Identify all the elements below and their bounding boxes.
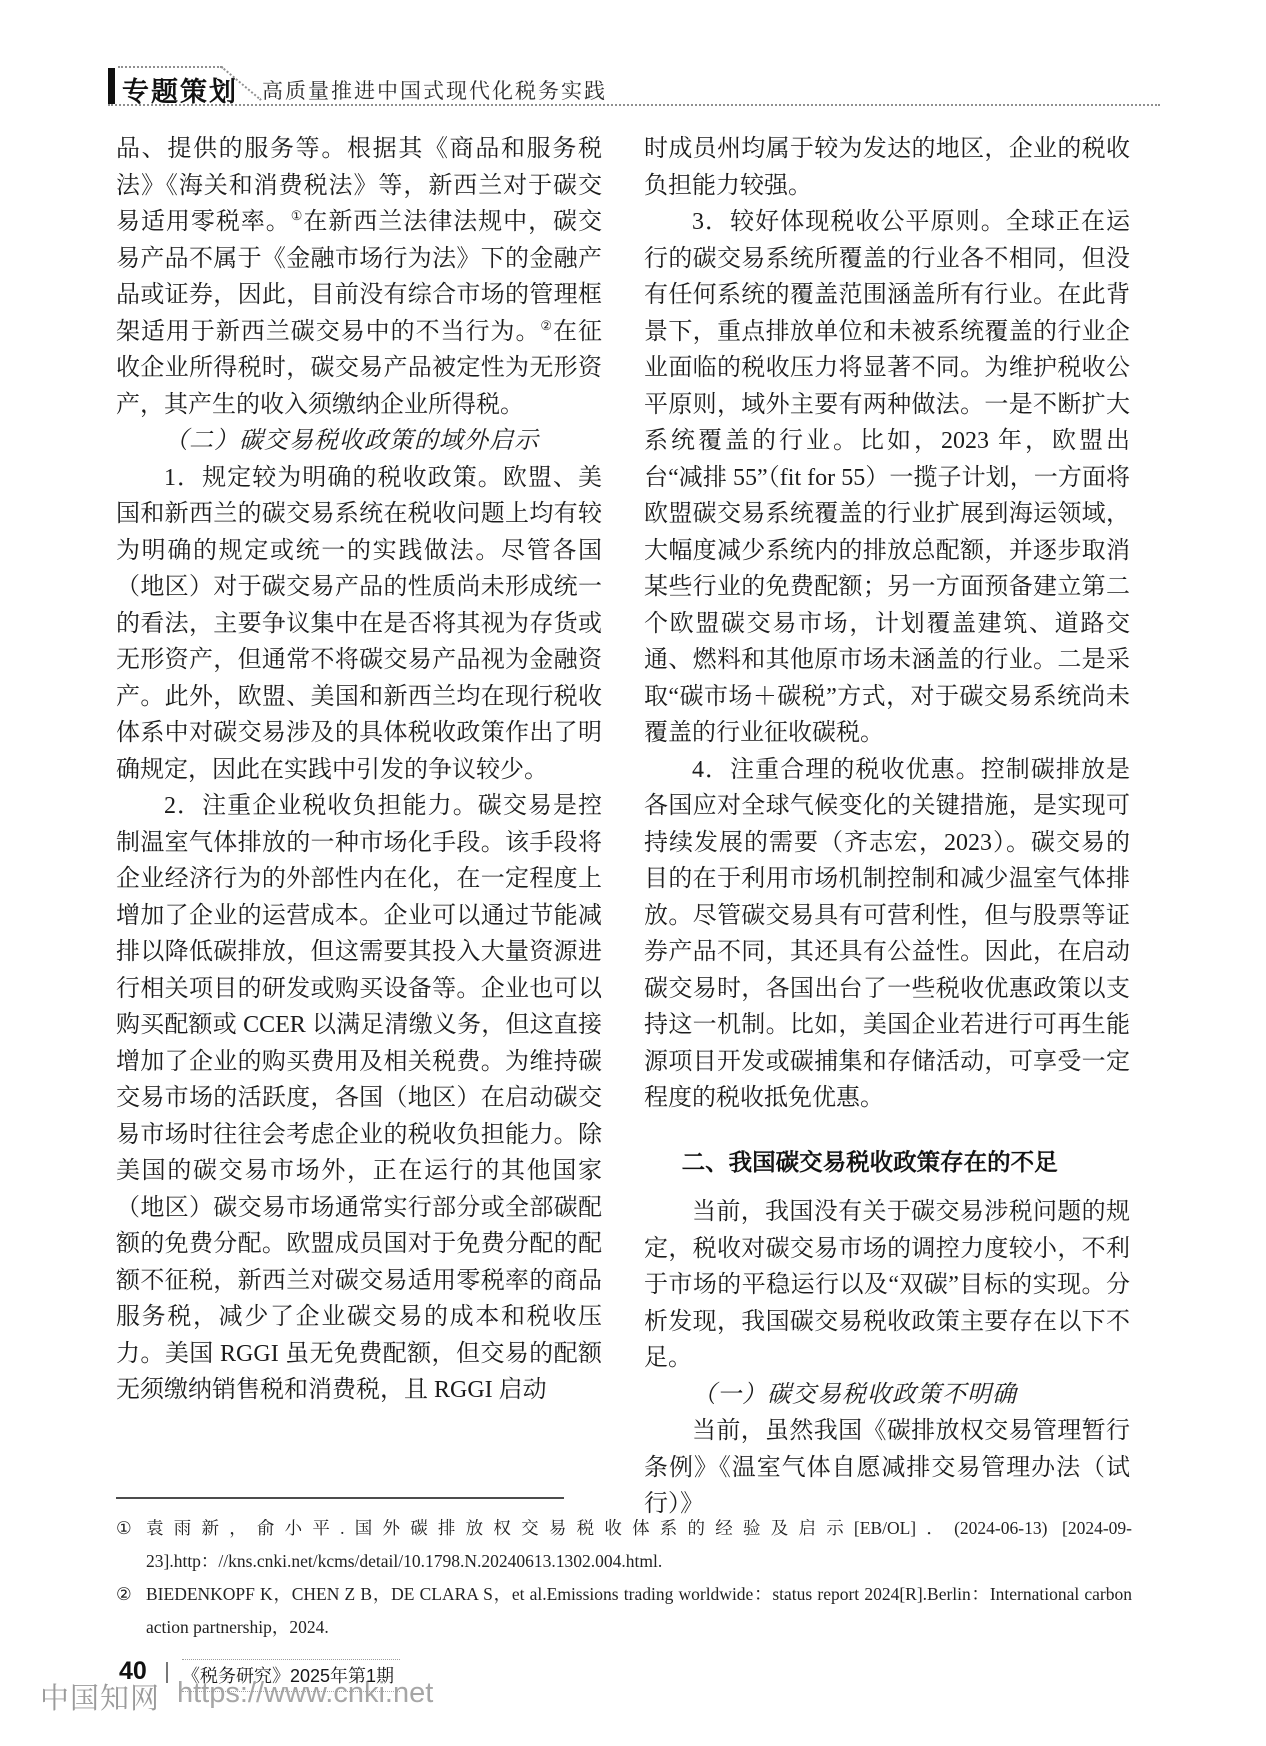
footer-separator <box>166 1662 168 1683</box>
right-column: 时成员州均属于较为发达的地区，企业的税收负担能力较强。 3．较好体现税收公平原则… <box>644 131 1130 1523</box>
footnote-divider <box>116 1497 564 1499</box>
paragraph: 2．注重企业税收负担能力。碳交易是控制温室气体排放的一种市场化手段。该手段将企业… <box>116 788 602 1409</box>
footnote-text: BIEDENKOPF K，CHEN Z B，DE CLARA S，et al.E… <box>146 1578 1132 1644</box>
page-number: 40 <box>119 1657 147 1686</box>
journal-issue-label: 《税务研究》2025年第1期 <box>182 1659 400 1692</box>
paragraph: 时成员州均属于较为发达的地区，企业的税收负担能力较强。 <box>644 131 1130 204</box>
footnote-2: ② BIEDENKOPF K，CHEN Z B，DE CLARA S，et al… <box>116 1578 1132 1644</box>
paragraph: 4．注重合理的税收优惠。控制碳排放是各国应对全球气候变化的关键措施，是实现可持续… <box>644 752 1130 1117</box>
footnotes: ① 袁雨新，俞小平.国外碳排放权交易税收体系的经验及启示[EB/OL]．(202… <box>116 1497 1132 1644</box>
footnote-ref-1: ① <box>291 208 304 223</box>
journal-page: { "header": { "tab": "专题策划", "subtitle":… <box>0 0 1266 1746</box>
footnote-1: ① 袁雨新，俞小平.国外碳排放权交易税收体系的经验及启示[EB/OL]．(202… <box>116 1512 1132 1578</box>
subsection-heading: （二）碳交易税收政策的域外启示 <box>116 423 602 460</box>
column-section-label: 专题策划 <box>122 70 238 109</box>
paragraph: 品、提供的服务等。根据其《商品和服务税法》《海关和消费税法》等，新西兰对于碳交易… <box>116 131 602 423</box>
subsection-heading: （一）碳交易税收政策不明确 <box>644 1377 1130 1414</box>
footnote-marker: ② <box>116 1578 146 1611</box>
header-accent-bar <box>108 68 115 104</box>
article-body: 品、提供的服务等。根据其《商品和服务税法》《海关和消费税法》等，新西兰对于碳交易… <box>116 131 1130 1523</box>
paragraph: 3．较好体现税收公平原则。全球正在运行的碳交易系统所覆盖的行业各不相同，但没有任… <box>644 204 1130 752</box>
section-heading: 二、我国碳交易税收政策存在的不足 <box>644 1144 1130 1181</box>
footnote-text: 袁雨新，俞小平.国外碳排放权交易税收体系的经验及启示[EB/OL]．(2024-… <box>146 1512 1132 1578</box>
header-tab-dotted-border <box>118 66 222 68</box>
column-section-subtitle: 高质量推进中国式现代化税务实践 <box>262 75 607 105</box>
paragraph: 1．规定较为明确的税收政策。欧盟、美国和新西兰的碳交易系统在税收问题上均有较为明… <box>116 460 602 789</box>
paragraph: 当前，我国没有关于碳交易涉税问题的规定，税收对碳交易市场的调控力度较小，不利于市… <box>644 1194 1130 1377</box>
footnote-marker: ① <box>116 1512 146 1545</box>
footnote-ref-2: ② <box>540 318 553 333</box>
left-column: 品、提供的服务等。根据其《商品和服务税法》《海关和消费税法》等，新西兰对于碳交易… <box>116 131 602 1523</box>
